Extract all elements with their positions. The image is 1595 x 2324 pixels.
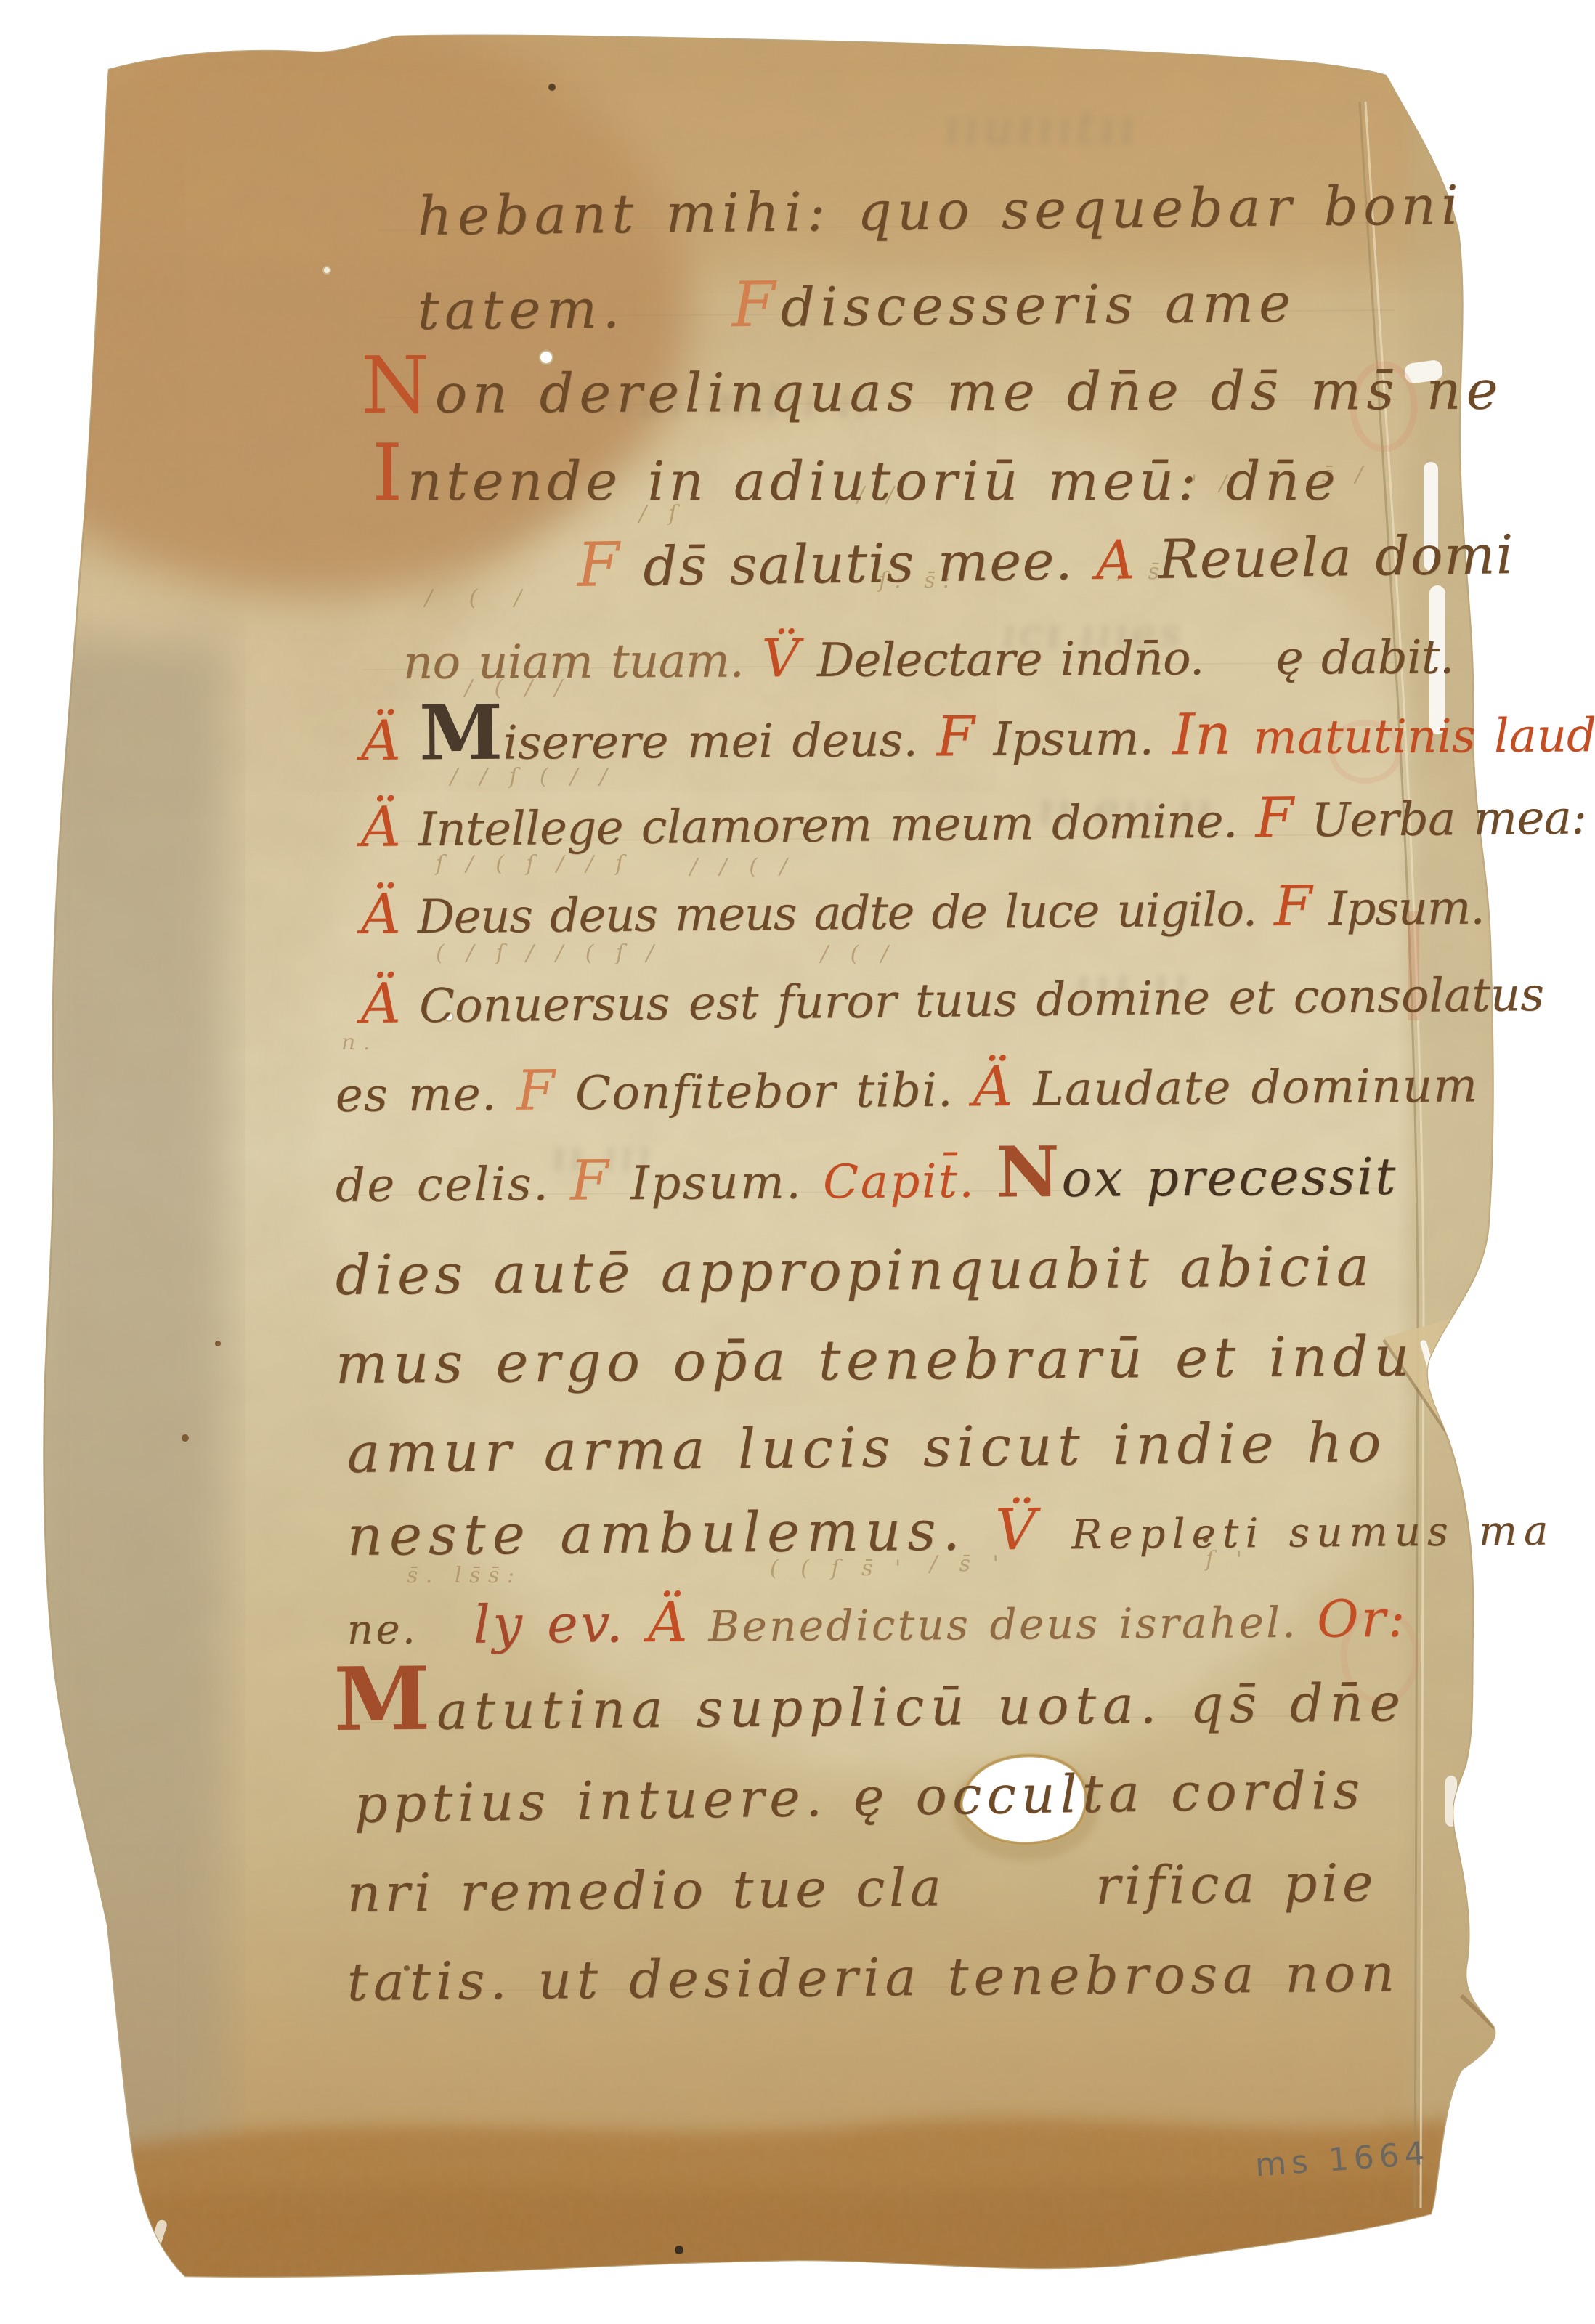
text-line-6: no uiam tuam. V̈ Delectare indn̄o. ę dab…	[403, 628, 1454, 686]
text-segment: F	[570, 1147, 611, 1212]
text-segment: ox precessit	[1061, 1147, 1397, 1208]
text-segment: F	[577, 529, 621, 601]
text-segment: hebant mihi: quo sequebar boni	[417, 174, 1464, 248]
text-segment: Intellege clamorem meum domine.	[400, 795, 1256, 857]
text-segment: dies autē appropinquabit abicia	[335, 1234, 1373, 1307]
text-segment: Or:	[1317, 1589, 1408, 1649]
text-segment: Confitebor tibi.	[556, 1063, 973, 1121]
text-segment: M	[333, 1648, 437, 1751]
text-line-8: Ä Intellege clamorem meum domine. F Uer…	[360, 787, 1586, 855]
text-line-10: Ä Conuersus est furor tuus domine et co…	[360, 964, 1544, 1031]
text-segment	[418, 1606, 474, 1654]
text-segment: Uerba mea:	[1293, 791, 1586, 848]
text-segment: In	[1172, 702, 1254, 768]
text-segment: iserere mei deus.	[503, 713, 936, 770]
text-segment: ntende in adiutoriū meū: dn̄e	[407, 450, 1340, 513]
text-segment: on derelinquas me dn̄e ds̄ ms̄ ne	[435, 359, 1503, 426]
text-segment: amur arma lucis sicut indie ho	[346, 1410, 1387, 1485]
text-line-20: nri remedio tue cla rifica pie	[346, 1856, 1377, 1919]
text-line-2: tatem. Fdiscesseris ame	[417, 269, 1296, 339]
text-segment: Ä	[973, 1054, 1014, 1118]
text-segment: Conuersus est furor tuus domine et conso…	[400, 968, 1544, 1033]
text-segment	[401, 717, 420, 771]
text-line-14: mus ergo op̄a tenebrarū et indu	[336, 1329, 1416, 1391]
text-segment: Ipsum.	[1311, 882, 1484, 937]
text-segment: M	[419, 688, 503, 778]
text-segment: Ipsum.	[610, 1155, 823, 1211]
text-segment: Deus deus meus adte de luce uigilo.	[399, 883, 1274, 944]
text-line-4: Intende in adiutoriū meū: dn̄e	[372, 434, 1340, 513]
text-segment: N	[996, 1131, 1062, 1214]
text-line-18: Matutina supplicū uota. qs̄ dn̄e	[333, 1647, 1407, 1744]
text-segment: Ä	[360, 794, 400, 859]
text-segment	[945, 1855, 1095, 1917]
text-segment: nri remedio tue cla	[346, 1856, 946, 1924]
text-segment: es me.	[336, 1068, 517, 1123]
text-segment: Ä	[360, 970, 401, 1036]
text-line-13: dies autē appropinquabit abicia	[335, 1239, 1373, 1303]
text-segment: F	[936, 704, 975, 768]
text-segment: pptius intuere. ę occulta cordis	[354, 1760, 1365, 1835]
text-segment: Benedictus deus israhel.	[708, 1598, 1317, 1651]
text-segment: A	[1095, 529, 1136, 592]
text-segment: ne.	[347, 1606, 418, 1654]
text-segment: de celis.	[336, 1158, 571, 1213]
text-segment: Capit̄.	[823, 1155, 997, 1210]
text-segment: Ipsum.	[975, 712, 1173, 767]
text-segment: neste ambulemus.	[346, 1498, 995, 1568]
text-segment: ly ev.	[474, 1593, 648, 1655]
text-line-21: tatis. ut desideria tenebrosa non	[346, 1946, 1400, 2008]
text-line-1: hebant mihi: quo sequebar boni	[417, 179, 1464, 243]
text-segment: Ä	[360, 882, 399, 946]
text-line-7: Ä Miserere mei deus. F Ipsum. In matuti…	[360, 687, 1595, 771]
text-segment: Ä	[361, 708, 402, 773]
manuscript-photo: ııuıııtııııuı mılıı ıııcı ıııesıı eıı ıı…	[0, 0, 1595, 2324]
text-line-11: es me. F Confitebor tibi. Ä Laudate dom…	[335, 1055, 1478, 1120]
text-segment: I	[372, 428, 407, 519]
text-line-19: pptius intuere. ę occulta cordis	[354, 1764, 1365, 1830]
text-segment: F	[516, 1057, 556, 1122]
text-segment	[690, 1604, 709, 1651]
text-segment: ę dabit.	[1276, 630, 1454, 685]
text-line-3: Non derelinquas me dn̄e ds̄ ms̄ ne	[361, 344, 1503, 426]
text-line-16: neste ambulemus. V̈ Repleti sumus ma	[346, 1497, 1554, 1564]
text-line-17: ne. ly ev. Ä Benedictus deus israhel. O…	[347, 1590, 1408, 1652]
text-segment: ds̄ salutis mee.	[620, 529, 1096, 598]
text-line-12: de celis. F Ipsum. Capit̄. Nox precessit	[335, 1135, 1397, 1212]
text-segment: tatem.	[417, 278, 625, 342]
text-segment: no uiam tuam.	[403, 634, 762, 690]
text-segment: rifica pie	[1095, 1852, 1377, 1916]
text-block: hebant mihi: quo sequebar bonitatem. Fdi…	[0, 0, 1595, 2324]
text-segment: Delectare indn̄o.	[799, 632, 1204, 688]
text-segment: mus ergo op̄a tenebrarū et indu	[336, 1324, 1416, 1396]
text-segment: discesseris ame	[780, 272, 1296, 338]
text-segment: N	[361, 341, 435, 431]
text-line-5: F ds̄ salutis mee. A Reuela domi	[577, 521, 1514, 596]
text-segment: Reuela domi	[1135, 524, 1514, 591]
text-segment: F	[1255, 785, 1294, 850]
text-segment: Laudate dominum	[1013, 1059, 1478, 1117]
text-segment: F	[731, 269, 781, 342]
text-segment: F	[1273, 874, 1311, 938]
text-segment: V̈	[995, 1498, 1043, 1564]
text-segment: atutina supplicū uota. qs̄ dn̄e	[437, 1672, 1407, 1742]
text-segment	[625, 277, 732, 340]
text-line-9: Ä Deus deus meus adte de luce uigilo. F…	[360, 877, 1484, 942]
text-segment: tatis. ut desideria tenebrosa non	[346, 1942, 1400, 2012]
text-segment: Repleti sumus ma	[1071, 1507, 1555, 1559]
text-line-15: amur arma lucis sicut indie ho	[346, 1415, 1387, 1481]
text-segment	[1042, 1497, 1071, 1561]
text-segment: matutinis laud:	[1253, 709, 1595, 765]
text-segment	[1204, 632, 1276, 686]
text-segment: V̈	[762, 627, 800, 688]
text-segment: Ä	[647, 1590, 690, 1654]
